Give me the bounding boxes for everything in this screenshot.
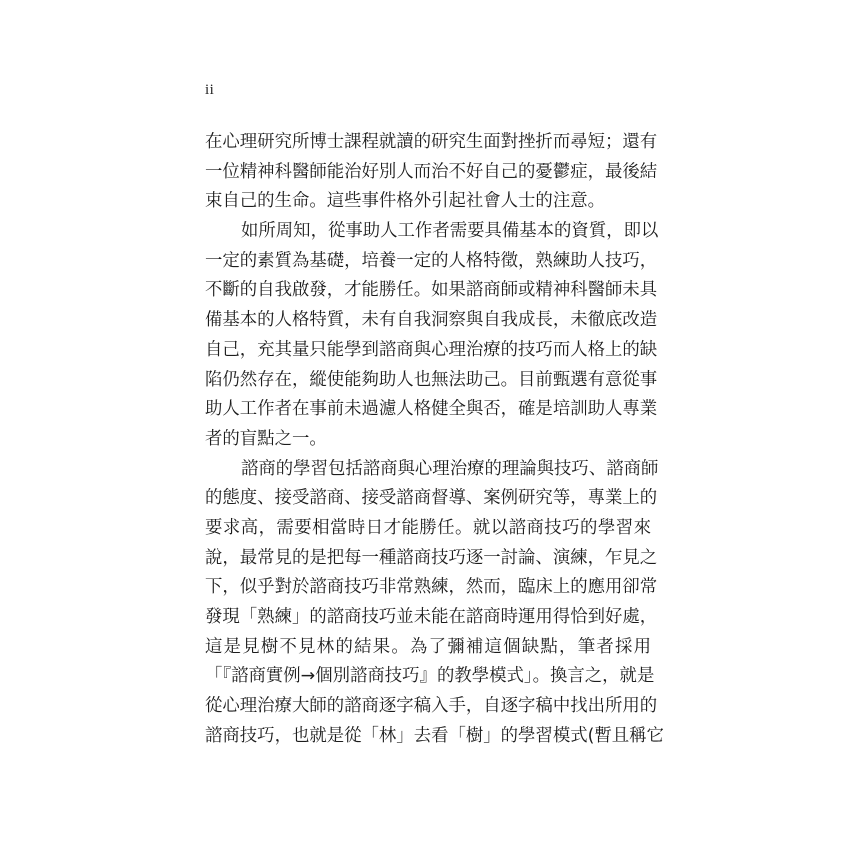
text-line: 不斷的自我啟發，才能勝任。如果諮商師或精神科醫師未具 <box>205 276 651 306</box>
text-line: 發現「熟練」的諮商技巧並未能在諮商時運用得恰到好處， <box>205 603 651 633</box>
text-line: 從心理治療大師的諮商逐字稿入手，自逐字稿中找出所用的 <box>205 692 651 722</box>
text-line: 「『諮商實例→個別諮商技巧』的教學模式」。換言之，就是 <box>205 662 651 692</box>
text-line: 一位精神科醫師能治好別人而治不好自己的憂鬱症，最後結 <box>205 158 651 188</box>
text-line: 自己，充其量只能學到諮商與心理治療的技巧而人格上的缺 <box>205 336 651 366</box>
text-line: 在心理研究所博士課程就讀的研究生面對挫折而尋短；還有 <box>205 128 651 158</box>
text-line: 助人工作者在事前未過濾人格健全與否，確是培訓助人專業 <box>205 395 651 425</box>
text-line: 要求高，需要相當時日才能勝任。就以諮商技巧的學習來 <box>205 514 651 544</box>
text-line: 者的盲點之一。 <box>205 425 651 455</box>
body-text: 在心理研究所博士課程就讀的研究生面對挫折而尋短；還有 一位精神科醫師能治好別人而… <box>205 128 651 751</box>
text-line: 這是見樹不見林的結果。為了彌補這個缺點，筆者採用 <box>205 633 651 663</box>
text-line: 諮商的學習包括諮商與心理治療的理論與技巧、諮商師 <box>205 455 651 485</box>
text-line: 一定的素質為基礎，培養一定的人格特徵，熟練助人技巧， <box>205 247 651 277</box>
text-line: 的態度、接受諮商、接受諮商督導、案例研究等，專業上的 <box>205 484 651 514</box>
text-line: 下，似乎對於諮商技巧非常熟練，然而，臨床上的應用卻常 <box>205 573 651 603</box>
text-line: 諮商技巧，也就是從「林」去看「樹」的學習模式(暫且稱它 <box>205 722 651 752</box>
book-page: ii 在心理研究所博士課程就讀的研究生面對挫折而尋短；還有 一位精神科醫師能治好… <box>0 0 850 850</box>
text-line: 備基本的人格特質，未有自我洞察與自我成長，未徹底改造 <box>205 306 651 336</box>
text-line: 束自己的生命。這些事件格外引起社會人士的注意。 <box>205 187 651 217</box>
text-line: 如所周知，從事助人工作者需要具備基本的資質，即以 <box>205 217 651 247</box>
text-line: 說，最常見的是把每一種諮商技巧逐一討論、演練，乍見之 <box>205 544 651 574</box>
text-line: 陷仍然存在，縱使能夠助人也無法助己。目前甄選有意從事 <box>205 366 651 396</box>
page-number: ii <box>205 82 214 99</box>
